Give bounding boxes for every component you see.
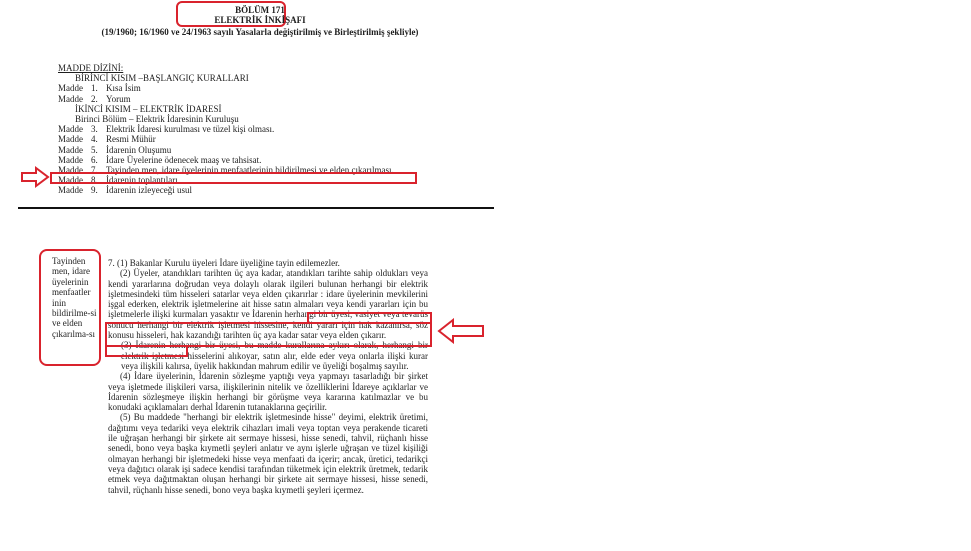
toc-item: Madde1.Kısa İsim xyxy=(58,83,394,93)
madde-title: Yorum xyxy=(106,94,131,104)
chapter-title: ELEKTRİK İNKİŞAFI xyxy=(60,15,460,26)
article-7-body: 7. (1) Bakanlar Kurulu üyeleri İdare üye… xyxy=(108,258,428,495)
madde-label: Madde xyxy=(58,145,91,155)
body-highlight-box xyxy=(105,322,432,347)
margin-note: Tayinden men, idare üyelerinin menfaatle… xyxy=(52,256,100,339)
clause-5: (5) Bu maddede "herhangi bir elektrik iş… xyxy=(108,412,428,494)
arrow-left-icon xyxy=(437,318,485,344)
madde-label: Madde xyxy=(58,155,91,165)
arrow-right-icon xyxy=(20,166,50,188)
madde-title: Elektrik İdaresi kurulması ve tüzel kişi… xyxy=(106,124,274,134)
clause-4: (4) İdare üyelerinin, İdarenin sözleşme … xyxy=(108,371,428,412)
toc-item: Madde6.İdare Üyelerine ödenecek maaş ve … xyxy=(58,155,394,165)
part-heading: BİRİNCİ KISIM –BAŞLANGIÇ KURALLARI xyxy=(58,73,394,83)
madde-label: Madde xyxy=(58,94,91,104)
chapter-subtitle: (19/1960; 16/1960 ve 24/1963 sayılı Yasa… xyxy=(60,27,460,38)
madde-number: 2. xyxy=(91,94,106,104)
madde-label: Madde xyxy=(58,185,91,195)
madde-number: 4. xyxy=(91,134,106,144)
madde-label: Madde xyxy=(58,124,91,134)
madde-number: 6. xyxy=(91,155,106,165)
section-heading: Birinci Bölüm – Elektrik İdaresinin Kuru… xyxy=(58,114,394,124)
toc-item: Madde2.Yorum xyxy=(58,94,394,104)
madde-number: 9. xyxy=(91,185,106,195)
madde-label: Madde xyxy=(58,83,91,93)
toc-item: Madde9.İdarenin izleyeceği usul xyxy=(58,185,394,195)
index-title: MADDE DİZİNİ: xyxy=(58,63,394,73)
madde-number: 5. xyxy=(91,145,106,155)
madde-number: 1. xyxy=(91,83,106,93)
madde-label: Madde xyxy=(58,134,91,144)
toc-item: Madde5.İdarenin Oluşumu xyxy=(58,145,394,155)
madde-title: İdarenin Oluşumu xyxy=(106,145,171,155)
madde-title: İdare Üyelerine ödenecek maaş ve tahsisa… xyxy=(106,155,261,165)
body-highlight-box xyxy=(105,345,188,357)
madde-title: Resmi Mühür xyxy=(106,134,156,144)
madde-title: İdarenin izleyeceği usul xyxy=(106,185,192,195)
section-divider xyxy=(18,207,494,209)
part-heading: İKİNCİ KISIM – ELEKTRİK İDARESİ xyxy=(58,104,394,114)
clause-1: 7. (1) Bakanlar Kurulu üyeleri İdare üye… xyxy=(108,258,428,268)
madde-title: Kısa İsim xyxy=(106,83,141,93)
toc-item: Madde3.Elektrik İdaresi kurulması ve tüz… xyxy=(58,124,394,134)
madde-number: 3. xyxy=(91,124,106,134)
toc-highlight-box xyxy=(50,172,417,184)
toc-item: Madde4.Resmi Mühür xyxy=(58,134,394,144)
